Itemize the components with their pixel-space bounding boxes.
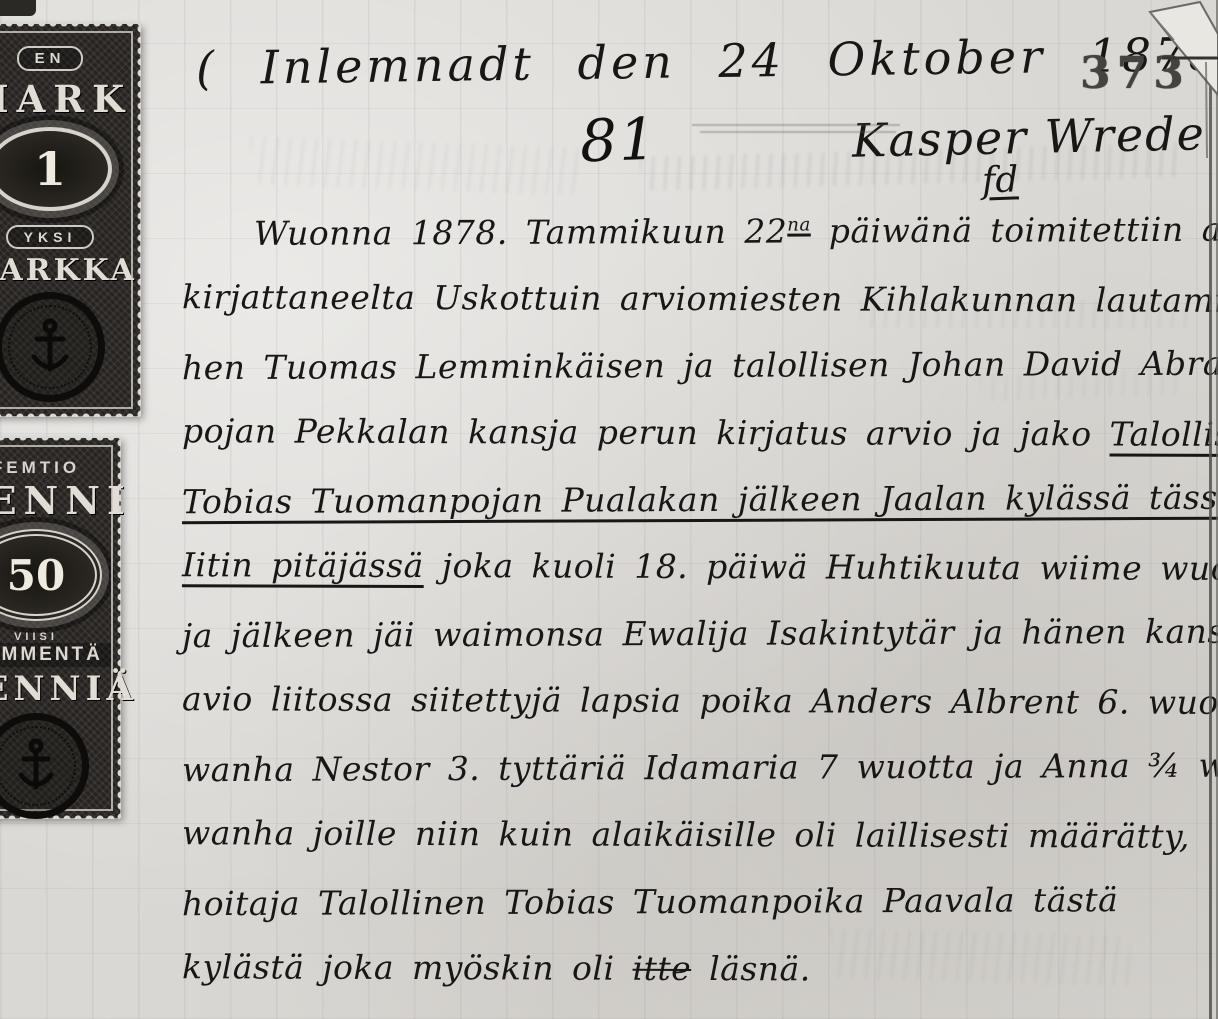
manuscript-text: wanha joille niin kuin alaikäisille oli … (182, 813, 1190, 856)
manuscript-line: hen Tuomas Lemminkäisen ja talollisen Jo… (182, 344, 1204, 415)
stamp-perforation (0, 409, 140, 417)
manuscript-text: päiwänä toimitettiin ale (811, 210, 1218, 251)
manuscript-text: pojan Pekkalan kansja perun kirjatus arv… (182, 411, 1110, 453)
manuscript-text: Wuonna 1878. Tammikuun 22 (254, 212, 788, 253)
stamp-denomination-word: MARKKA (0, 253, 140, 288)
round-seal (0, 713, 89, 819)
manuscript-line: Iitin pitäjässä joka kuoli 18. päiwä Huh… (182, 545, 1204, 616)
manuscript-text: wanha Nestor 3. tyttäriä Idamaria 7 wuot… (182, 745, 1218, 789)
manuscript-text: kirjattaneelta Uskottuin arviomiesten Ki… (182, 277, 1218, 320)
signature-note: fd (981, 159, 1019, 201)
manuscript-text: avio liitossa siitettyjä lapsia poika An… (182, 679, 1218, 722)
manuscript-line: wanha Nestor 3. tyttäriä Idamaria 7 wuot… (182, 746, 1204, 817)
stamp-denomination-word: KYMMENTÄ (0, 643, 113, 667)
manuscript-text: itte (632, 949, 691, 988)
manuscript-line: Wuonna 1878. Tammikuun 22na päiwänä toim… (182, 210, 1204, 281)
revenue-stamp-one-markka: EN MARK 1 YKSI MARKKA (0, 24, 140, 416)
bleed-through-smudge (249, 136, 580, 195)
revenue-stamp-fifty-pennia: FEMTIO PENNI 50 VIISI KYMMENTÄ PENNIÄ (0, 438, 120, 818)
manuscript-body: Wuonna 1878. Tammikuun 22na päiwänä toim… (182, 212, 1204, 1016)
manuscript-line: wanha joille niin kuin alaikäisille oli … (182, 813, 1204, 884)
manuscript-text: hen Tuomas Lemminkäisen ja talollisen Jo… (182, 343, 1218, 387)
manuscript-text: joka kuoli 18. päiwä Huhtikuuta wiime wu… (424, 546, 1218, 588)
manuscript-text: kylästä joka myöskin oli (182, 947, 633, 988)
folded-corner (1078, 0, 1218, 160)
case-number-handwriting: 81 (579, 105, 659, 176)
stamp-denomination-word: PENNI (0, 478, 120, 523)
stamp-denomination-word: PENNIÄ (0, 669, 120, 709)
manuscript-line: ja jälkeen jäi waimonsa Ewalija Isakinty… (182, 612, 1204, 683)
manuscript-line: pojan Pekkalan kansja perun kirjatus arv… (182, 411, 1204, 482)
manuscript-line: avio liitossa siitettyjä lapsia poika An… (182, 679, 1204, 750)
stamp-perforation (0, 437, 120, 445)
anchor-emblem (11, 738, 61, 794)
page-edge-line (1209, 55, 1212, 1019)
stamp-denomination-word: VIISI (0, 631, 120, 643)
stamp-perforation (0, 23, 140, 31)
manuscript-line: kylästä joka myöskin oli itte läsnä. (182, 947, 1204, 1018)
scanned-manuscript-page: EN MARK 1 YKSI MARKKA FEMTIO PENNI 50 (0, 0, 1218, 1019)
anchor-emblem (23, 318, 77, 376)
stamp-value-oval: 1 (0, 127, 112, 211)
dateline-handwriting: ( Inlemnadt den 24 Oktober 1878. (196, 27, 1218, 96)
stamp-denomination-word: MARK (0, 77, 140, 121)
manuscript-text: Iitin pitäjässä (182, 545, 424, 585)
manuscript-text: läsnä. (691, 949, 811, 988)
manuscript-text: na (787, 214, 811, 235)
stamp-banner: YKSI (6, 225, 95, 249)
stamp-value-oval: 50 (0, 529, 102, 621)
manuscript-text: hoitaja Talollinen Tobias Tuomanpoika Pa… (182, 880, 1118, 923)
stamp-denomination-word: FEMTIO (0, 458, 120, 478)
manuscript-text: ja jälkeen jäi waimonsa Ewalija Isakinty… (182, 611, 1218, 655)
round-seal (0, 292, 105, 402)
stamp-banner: EN (17, 46, 84, 71)
stamp-fragment (0, 0, 36, 16)
manuscript-text: Talollisen (1110, 414, 1218, 454)
manuscript-line: Tobias Tuomanpojan Pualakan jälkeen Jaal… (182, 478, 1204, 549)
manuscript-line: kirjattaneelta Uskottuin arviomiesten Ki… (182, 277, 1204, 348)
manuscript-text: Tobias Tuomanpojan Pualakan jälkeen Jaal… (182, 478, 1218, 522)
manuscript-line: hoitaja Talollinen Tobias Tuomanpoika Pa… (182, 880, 1204, 951)
